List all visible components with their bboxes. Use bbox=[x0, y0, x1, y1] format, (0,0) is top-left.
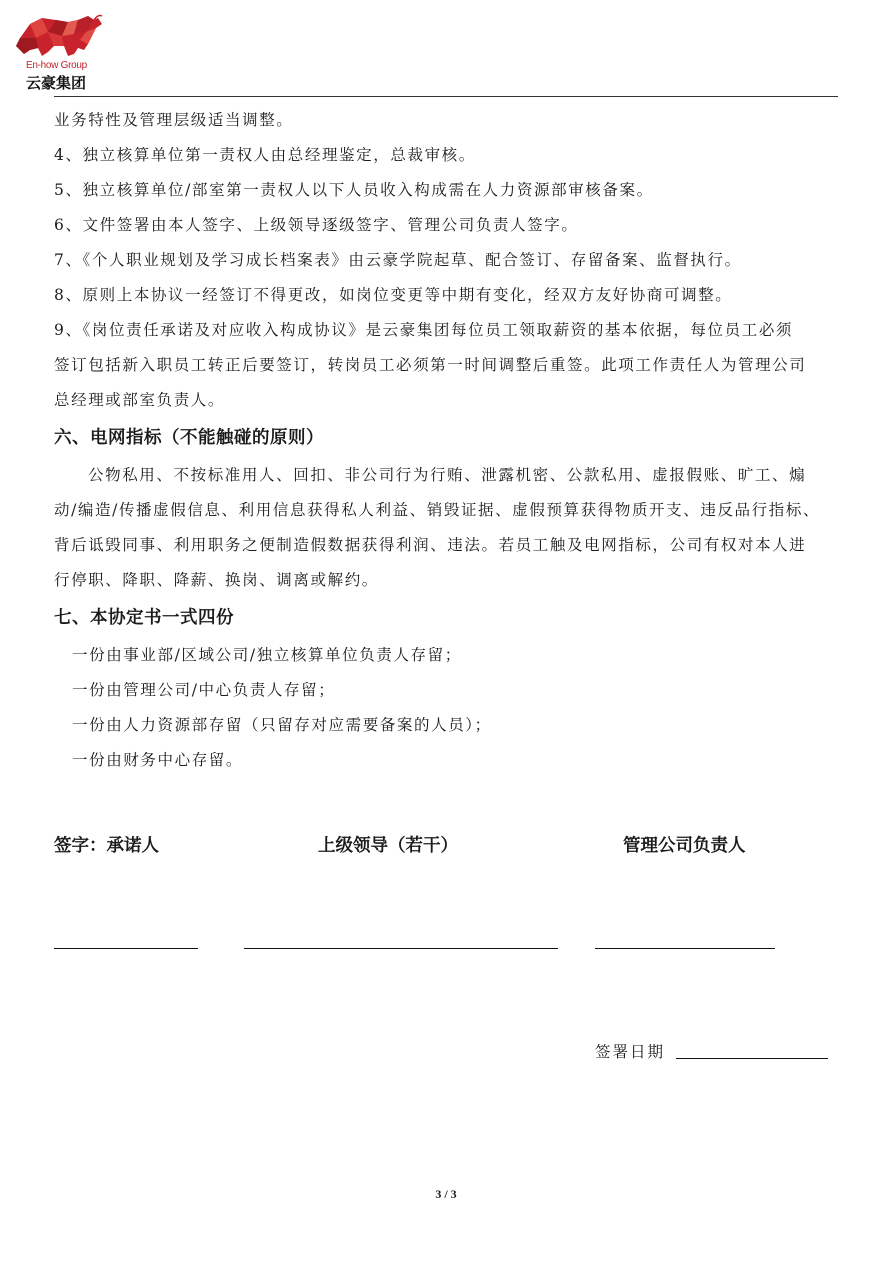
copies-list: 一份由事业部/区域公司/独立核算单位负责人存留； 一份由管理公司/中心负责人存留… bbox=[54, 638, 840, 778]
copy-item: 一份由人力资源部存留（只留存对应需要备案的人员）； bbox=[54, 708, 840, 743]
section-6-line: 行停职、降职、降薪、换岗、调离或解约。 bbox=[54, 563, 840, 598]
header-divider bbox=[54, 96, 838, 97]
superior-signature-label: 上级领导（若干） bbox=[318, 832, 458, 857]
clause-9-line: 9、《岗位责任承诺及对应收入构成协议》是云豪集团每位员工领取薪资的基本依据，每位… bbox=[54, 313, 840, 348]
clause-8: 8、原则上本协议一经签订不得更改，如岗位变更等中期有变化，经双方友好协商可调整。 bbox=[54, 278, 840, 313]
bull-icon bbox=[12, 10, 104, 60]
signature-labels: 签字：承诺人 上级领导（若干） 管理公司负责人 bbox=[54, 832, 840, 862]
section-6-line: 动/编造/传播虚假信息、利用信息获得私人利益、销毁证据、虚假预算获得物质开支、违… bbox=[54, 493, 840, 528]
copy-item: 一份由事业部/区域公司/独立核算单位负责人存留； bbox=[54, 638, 840, 673]
clause-7: 7、《个人职业规划及学习成长档案表》由云豪学院起草、配合签订、存留备案、监督执行… bbox=[54, 243, 840, 278]
section-6-body: 公物私用、不按标准用人、回扣、非公司行为行贿、泄露机密、公款私用、虚报假账、旷工… bbox=[54, 458, 840, 598]
manager-signature-label: 管理公司负责人 bbox=[623, 832, 746, 857]
clause-5: 5、独立核算单位/部室第一责权人以下人员收入构成需在人力资源部审核备案。 bbox=[54, 173, 840, 208]
continuation-text: 业务特性及管理层级适当调整。 bbox=[54, 103, 840, 138]
section-6-title: 六、电网指标（不能触碰的原则） bbox=[54, 418, 840, 458]
section-7-title: 七、本协定书一式四份 bbox=[54, 598, 840, 638]
brand-name-cn: 云豪集团 bbox=[26, 72, 86, 93]
page-number: 3 / 3 bbox=[0, 1187, 892, 1202]
signing-date-line[interactable] bbox=[676, 1058, 828, 1059]
promisor-signature-line[interactable] bbox=[54, 948, 198, 949]
signing-date-label: 签署日期 bbox=[595, 1040, 665, 1062]
company-logo: En-how Group 云豪集团 bbox=[12, 10, 112, 90]
copy-item: 一份由管理公司/中心负责人存留； bbox=[54, 673, 840, 708]
brand-name-en: En-how Group bbox=[26, 60, 87, 71]
manager-signature-line[interactable] bbox=[595, 948, 775, 949]
clause-9: 9、《岗位责任承诺及对应收入构成协议》是云豪集团每位员工领取薪资的基本依据，每位… bbox=[54, 313, 840, 418]
promisor-signature-label: 签字：承诺人 bbox=[54, 832, 159, 857]
clause-9-line: 签订包括新入职员工转正后要签订，转岗员工必须第一时间调整后重签。此项工作责任人为… bbox=[54, 348, 840, 383]
section-6-line: 公物私用、不按标准用人、回扣、非公司行为行贿、泄露机密、公款私用、虚报假账、旷工… bbox=[54, 458, 840, 493]
superior-signature-line[interactable] bbox=[244, 948, 558, 949]
section-6-line: 背后诋毁同事、利用职务之便制造假数据获得利润、违法。若员工触及电网指标，公司有权… bbox=[54, 528, 840, 563]
clause-6: 6、文件签署由本人签字、上级领导逐级签字、管理公司负责人签字。 bbox=[54, 208, 840, 243]
copy-item: 一份由财务中心存留。 bbox=[54, 743, 840, 778]
clause-9-line: 总经理或部室负责人。 bbox=[54, 383, 840, 418]
clause-4: 4、独立核算单位第一责权人由总经理鉴定，总裁审核。 bbox=[54, 138, 840, 173]
document-body: 业务特性及管理层级适当调整。 4、独立核算单位第一责权人由总经理鉴定，总裁审核。… bbox=[54, 103, 840, 778]
